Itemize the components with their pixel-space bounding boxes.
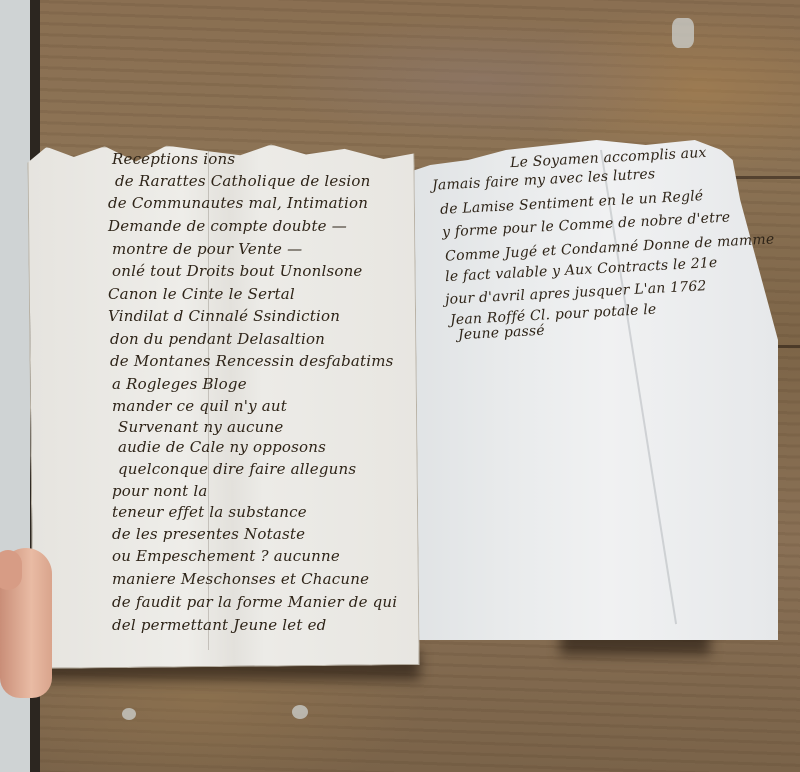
handwritten-line: de Rarattes Catholique de lesion <box>115 172 371 190</box>
wood-knot <box>122 708 136 720</box>
handwritten-line: de faudit par la forme Manier de qui <box>112 593 397 611</box>
handwritten-line: pour nont la <box>112 482 208 500</box>
handwritten-line: Demande de compte doubte — <box>108 217 347 235</box>
handwritten-line: Vindilat d Cinnalé Ssindiction <box>108 307 340 325</box>
handwritten-line: maniere Meschonses et Chacune <box>112 570 369 588</box>
handwritten-line: de Communautes mal, Intimation <box>108 194 368 212</box>
handwritten-line: a Rogleges Bloge <box>112 375 247 393</box>
handwritten-line: quelconque dire faire alleguns <box>118 460 356 478</box>
handwritten-line: Receptions ions <box>112 150 235 168</box>
handwritten-line: montre de pour Vente — <box>112 240 302 258</box>
wood-knot <box>292 705 308 719</box>
handwritten-line: de les presentes Notaste <box>112 525 305 543</box>
paint-chip <box>672 18 694 48</box>
handwritten-line: Canon le Cinte le Sertal <box>108 285 295 303</box>
handwritten-line: audie de Cale ny opposons <box>118 438 326 456</box>
handwritten-line: ou Empeschement ? aucunne <box>112 547 340 565</box>
handwritten-line: mander ce quil n'y aut <box>112 397 287 415</box>
handwritten-line: del permettant Jeune let ed <box>112 616 326 634</box>
handwritten-line: don du pendant Delasaltion <box>110 330 325 348</box>
handwritten-line: teneur effet la substance <box>112 503 307 521</box>
handwritten-line: de Montanes Rencessin desfabatims <box>110 352 394 370</box>
handwritten-line: Survenant ny aucune <box>118 418 283 436</box>
handwritten-line: onlé tout Droits bout Unonlsone <box>112 262 363 280</box>
holding-finger-tip <box>0 550 22 590</box>
